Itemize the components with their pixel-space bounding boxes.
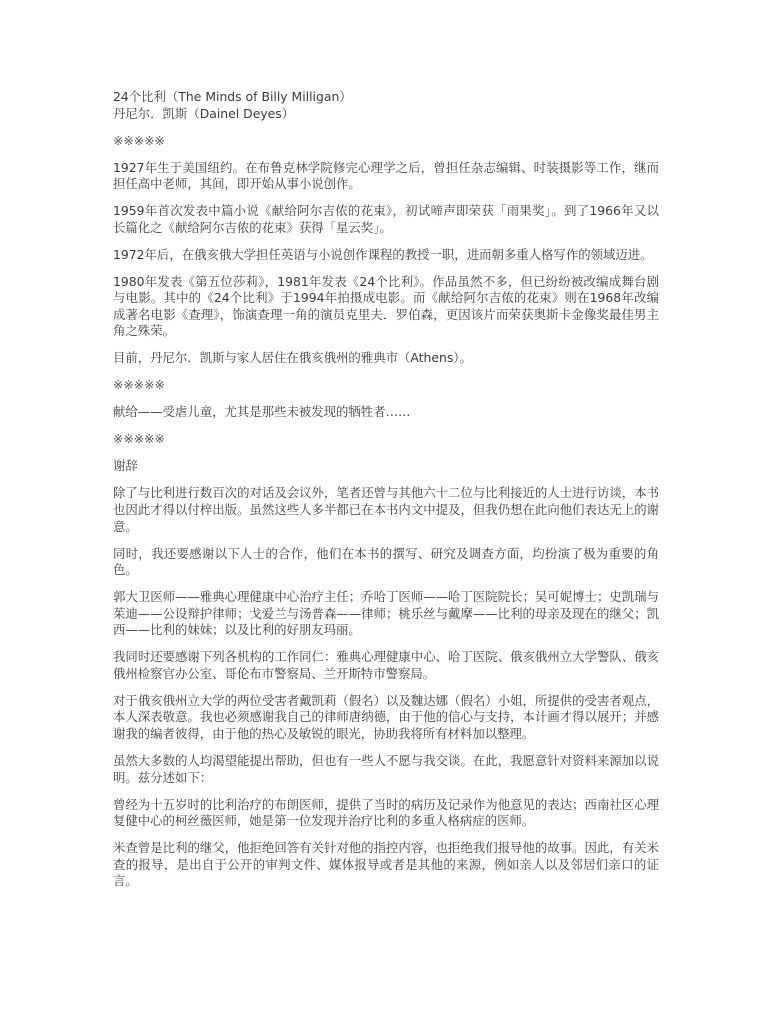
acknowledgements-paragraph: 对于俄亥俄州立大学的两位受害者戴凯莉（假名）以及魏达娜（假名）小姐，所提供的受害… xyxy=(113,693,659,743)
author-bio-paragraph: 目前，丹尼尔．凯斯与家人居住在俄亥俄州的雅典市（Athens）。 xyxy=(113,350,659,367)
document-page: 24个比利（The Minds of Billy Milligan） 丹尼尔．凯… xyxy=(113,89,659,900)
section-separator: ※※※※※ xyxy=(113,133,659,150)
book-author: 丹尼尔．凯斯（Dainel Deyes） xyxy=(113,106,659,123)
acknowledgements-paragraph: 除了与比利进行数百次的对话及会议外，笔者还曾与其他六十二位与比利接近的人士进行访… xyxy=(113,485,659,535)
acknowledgements-paragraph: 曾经为十五岁时的比利治疗的布朗医师，提供了当时的病历及记录作为他意见的表达；西南… xyxy=(113,797,659,830)
acknowledgements-paragraph: 米查曾是比利的继父，他拒绝回答有关针对他的指控内容，也拒绝我们报导他的故事。因此… xyxy=(113,840,659,890)
acknowledgements-paragraph: 同时，我还要感谢以下人士的合作，他们在本书的撰写、研究及调查方面，均扮演了极为重… xyxy=(113,546,659,579)
dedication: 献给——受虐儿童，尤其是那些未被发现的牺牲者…… xyxy=(113,404,659,421)
acknowledgements-paragraph: 我同时还要感谢下列各机构的工作同仁：雅典心理健康中心、哈丁医院、俄亥俄州立大学警… xyxy=(113,649,659,682)
section-separator: ※※※※※ xyxy=(113,377,659,394)
author-bio-paragraph: 1959年首次发表中篇小说《献给阿尔吉侬的花束》，初试啼声即荣获「雨果奖」。到了… xyxy=(113,203,659,236)
acknowledgements-paragraph: 郭大卫医师——雅典心理健康中心治疗主任；乔哈丁医师——哈丁医院院长；吴可妮博士；… xyxy=(113,589,659,639)
book-title: 24个比利（The Minds of Billy Milligan） xyxy=(113,89,659,106)
acknowledgements-paragraph: 虽然大多数的人均渴望能提出帮助，但也有一些人不愿与我交谈。在此，我愿意针对资料来… xyxy=(113,753,659,786)
acknowledgements-heading: 谢辞 xyxy=(113,458,659,475)
author-bio-paragraph: 1927年生于美国纽约。在布鲁克林学院修完心理学之后，曾担任杂志编辑、时装摄影等… xyxy=(113,160,659,193)
author-bio-paragraph: 1980年发表《第五位莎莉》，1981年发表《24个比利》。作品虽然不多，但已纷… xyxy=(113,274,659,340)
author-bio-paragraph: 1972年后，在俄亥俄大学担任英语与小说创作课程的教授一职，进而朝多重人格写作的… xyxy=(113,247,659,264)
section-separator: ※※※※※ xyxy=(113,431,659,448)
